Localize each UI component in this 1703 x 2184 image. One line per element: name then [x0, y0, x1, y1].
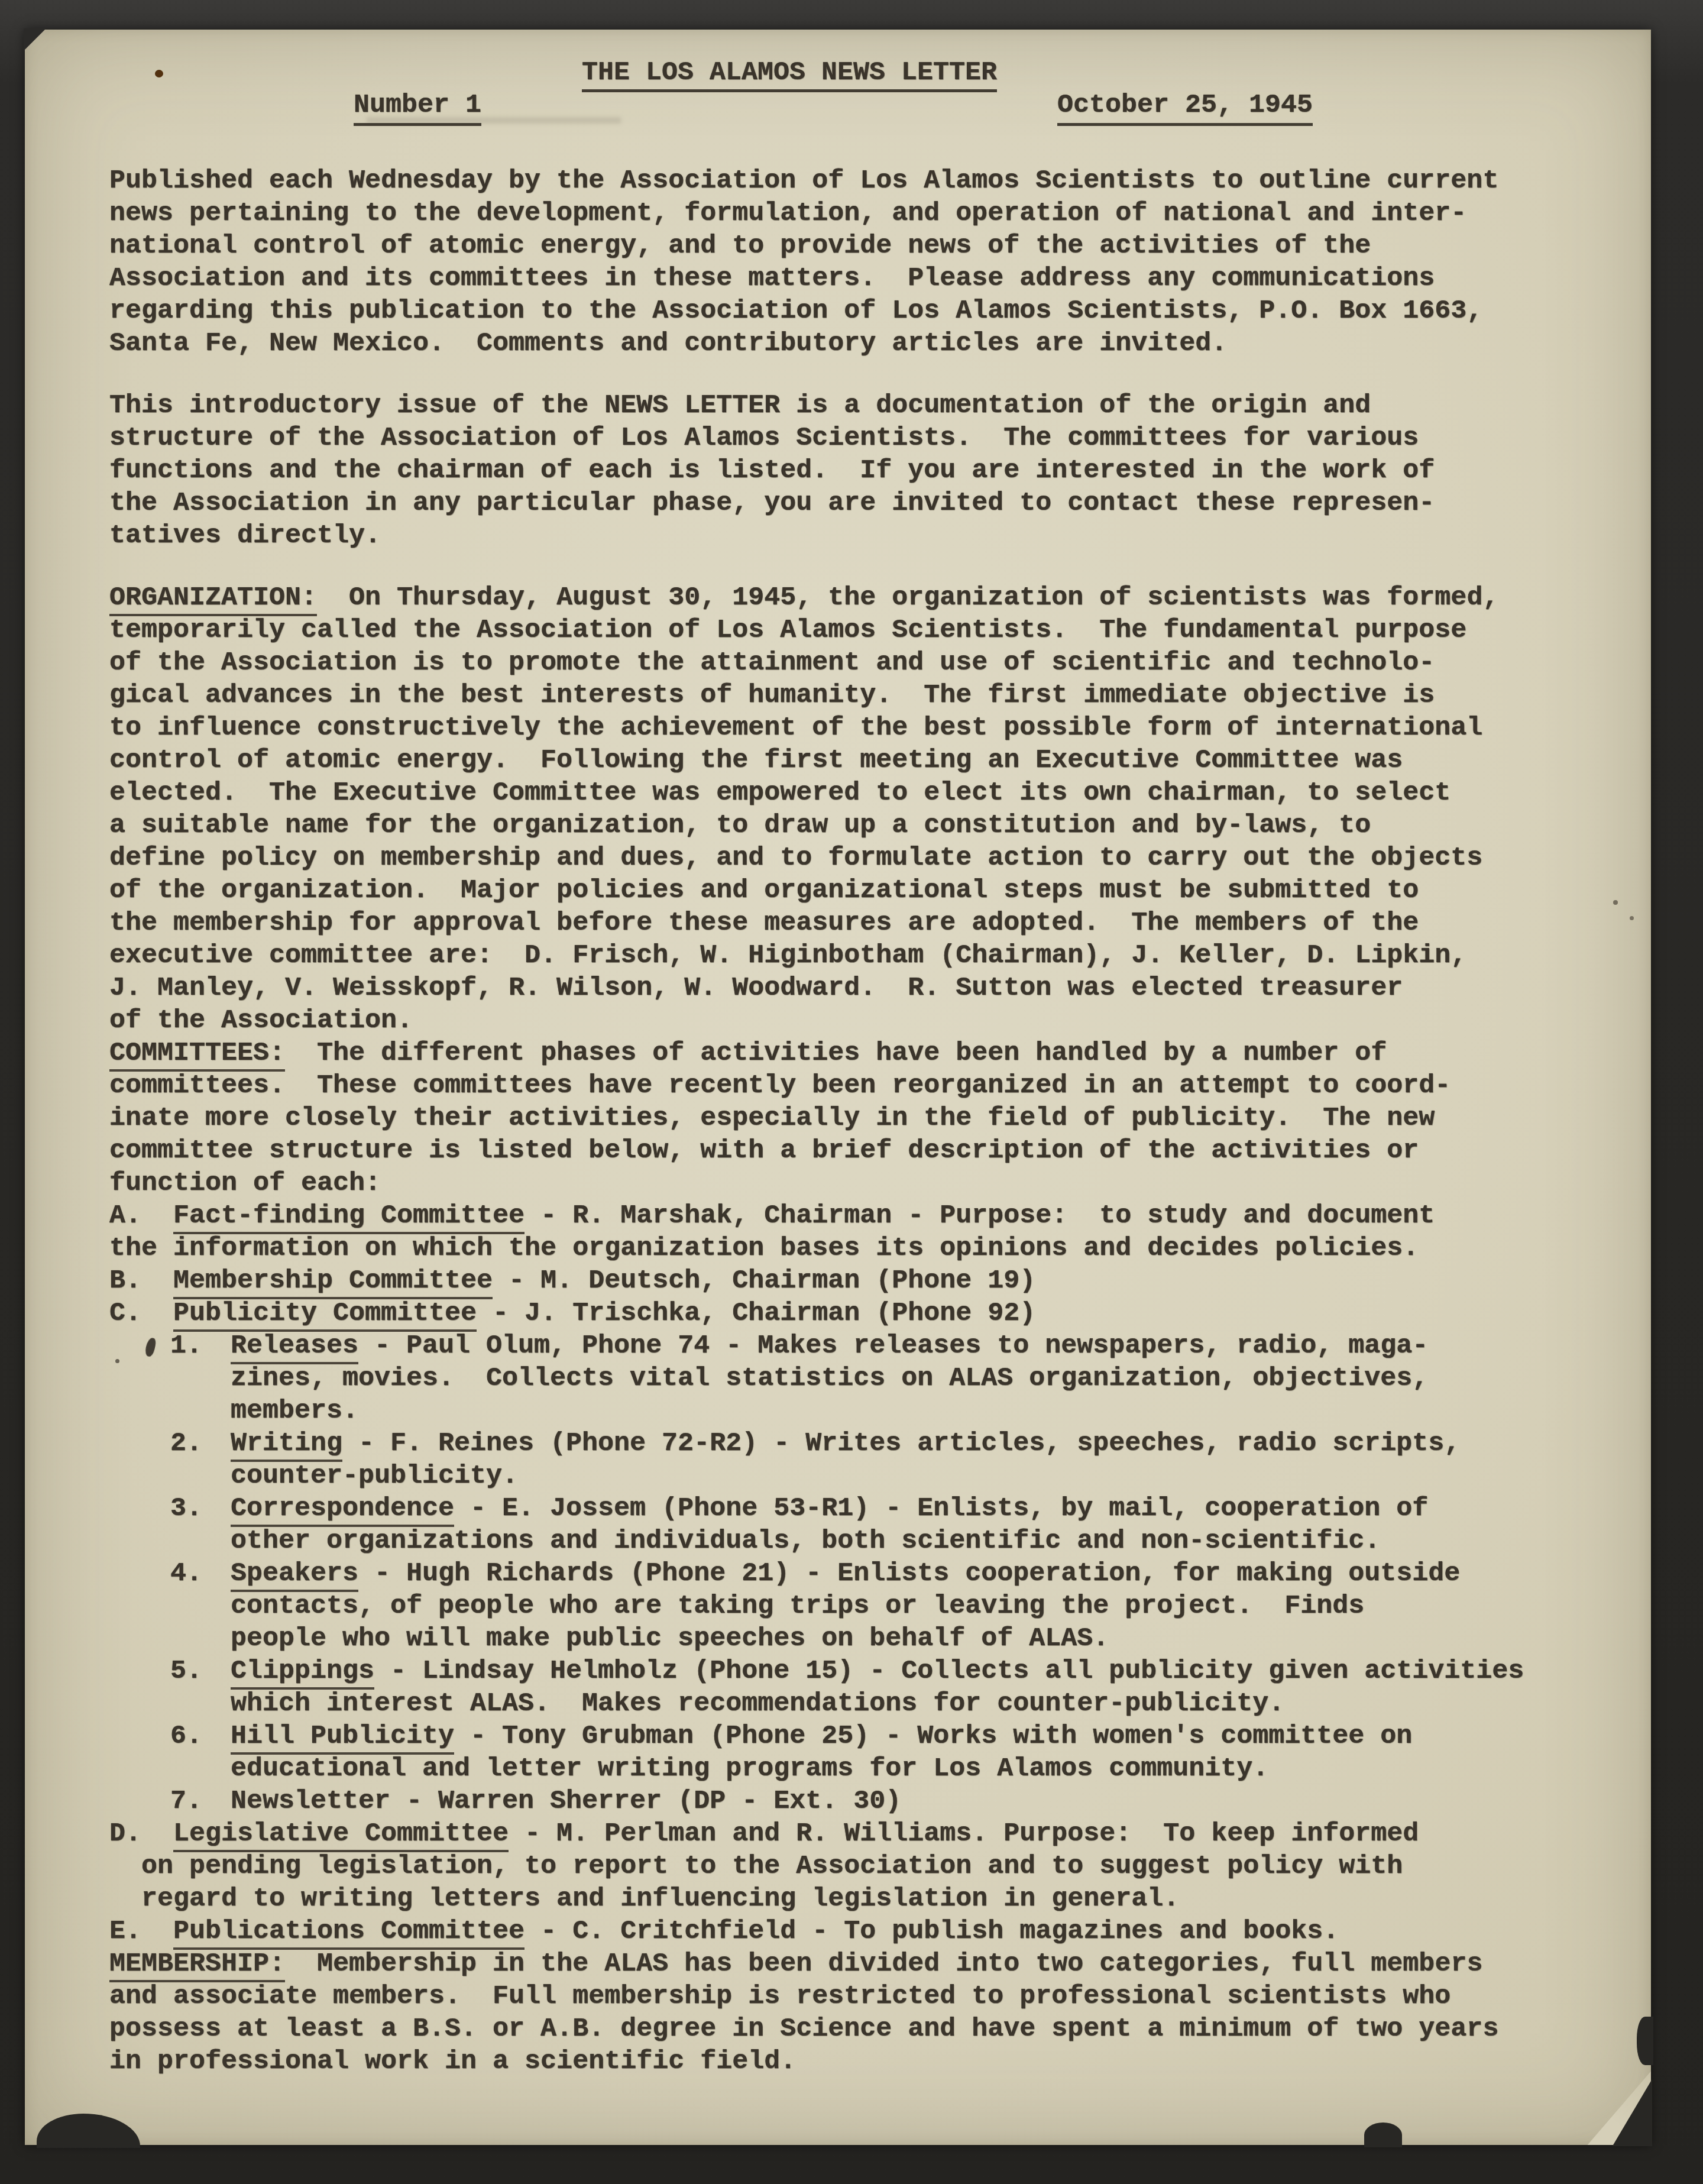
newsletter-title-row: THE LOS ALAMOS NEWS LETTER — [109, 56, 1469, 89]
masthead-paragraph: Published each Wednesday by the Associat… — [109, 164, 1564, 360]
subcommittee-number: 3. — [170, 1492, 202, 1525]
committee-item-e: E.Publications Committee - C. Critchfiel… — [109, 1915, 1564, 1947]
committee-item-d: D.Legislative Committee - M. Perlman and… — [109, 1817, 1564, 1915]
torn-edge-bottom-left — [37, 2114, 140, 2148]
subcommittee-number: 6. — [170, 1720, 202, 1752]
issue-row: Number 1October 25, 1945 — [109, 89, 1469, 126]
torn-edge-bottom — [1364, 2122, 1402, 2147]
committee-description: - C. Critchfield - To publish magazines … — [525, 1916, 1339, 1946]
committees-section-label: COMMITTEES: — [109, 1038, 285, 1072]
subcommittee-description: - F. Reines (Phone 72-R2) - Writes artic… — [231, 1428, 1460, 1491]
committee-letter: D. — [109, 1819, 141, 1849]
committees-section-body: The different phases of activities have … — [109, 1038, 1451, 1198]
subcommittee-item-5: 5.Clippings - Lindsay Helmholz (Phone 15… — [109, 1655, 1564, 1720]
membership-section: MEMBERSHIP: Membership in the ALAS has b… — [109, 1947, 1564, 2078]
membership-section-label: MEMBERSHIP: — [109, 1949, 285, 1982]
subcommittee-description: - Hugh Richards (Phone 21) - Enlists coo… — [231, 1558, 1460, 1654]
subcommittee-name: Hill Publicity — [231, 1721, 454, 1755]
subcommittee-number: 5. — [170, 1655, 202, 1687]
issue-number: Number 1 — [354, 89, 481, 126]
committee-letter: B. — [109, 1266, 141, 1296]
committee-item-b: B.Membership Committee - M. Deutsch, Cha… — [109, 1264, 1564, 1297]
committee-item-c: C.Publicity Committee - J. Trischka, Cha… — [109, 1297, 1564, 1329]
scan-background: { "masthead": { "title": "THE LOS ALAMOS… — [0, 0, 1703, 2184]
committee-name: Publicity Committee — [173, 1298, 477, 1332]
ink-speck — [1630, 916, 1634, 920]
subcommittee-name: Clippings — [231, 1656, 374, 1690]
newsletter-title: THE LOS ALAMOS NEWS LETTER — [582, 57, 997, 92]
organization-section: ORGANIZATION: On Thursday, August 30, 19… — [109, 581, 1564, 1037]
subcommittee-name: Speakers — [231, 1558, 358, 1592]
committee-item-a: A.Fact-finding Committee - R. Marshak, C… — [109, 1199, 1564, 1264]
issue-date: October 25, 1945 — [1057, 89, 1313, 126]
committee-description: - M. Deutsch, Chairman (Phone 19) — [493, 1266, 1035, 1296]
subcommittee-item-3: 3.Correspondence - E. Jossem (Phone 53-R… — [109, 1492, 1564, 1557]
subcommittee-description: Newsletter - Warren Sherrer (DP - Ext. 3… — [231, 1786, 901, 1816]
subcommittee-name: Writing — [231, 1428, 342, 1462]
subcommittee-description: - Paul Olum, Phone 74 - Makes releases t… — [231, 1331, 1428, 1426]
committee-name: Fact-finding Committee — [173, 1201, 525, 1234]
introduction-paragraph: This introductory issue of the NEWS LETT… — [109, 389, 1564, 552]
clipped-corner-top-left — [24, 28, 46, 51]
subcommittee-number: 1. — [170, 1329, 202, 1362]
subcommittee-item-4: 4.Speakers - Hugh Richards (Phone 21) - … — [109, 1557, 1564, 1655]
organization-section-label: ORGANIZATION: — [109, 583, 317, 616]
committee-letter: E. — [109, 1916, 141, 1946]
committee-name: Legislative Committee — [173, 1819, 509, 1852]
organization-section-body: On Thursday, August 30, 1945, the organi… — [109, 583, 1498, 1036]
committee-letter: A. — [109, 1201, 141, 1231]
typewritten-text: THE LOS ALAMOS NEWS LETTER Number 1Octob… — [109, 56, 1564, 2078]
committee-letter: C. — [109, 1298, 141, 1328]
ink-speck — [1613, 900, 1618, 905]
subcommittee-item-7: 7.Newsletter - Warren Sherrer (DP - Ext.… — [109, 1785, 1564, 1817]
subcommittee-number: 4. — [170, 1557, 202, 1590]
subcommittee-number: 7. — [170, 1785, 202, 1817]
committee-name: Publications Committee — [173, 1916, 525, 1950]
subcommittee-item-1: 1.Releases - Paul Olum, Phone 74 - Makes… — [109, 1329, 1564, 1427]
committees-section: COMMITTEES: The different phases of acti… — [109, 1037, 1564, 1199]
committee-name: Membership Committee — [173, 1266, 493, 1299]
torn-edge-right — [1637, 2017, 1653, 2065]
subcommittee-item-6: 6.Hill Publicity - Tony Grubman (Phone 2… — [109, 1720, 1564, 1785]
subcommittee-name: Correspondence — [231, 1493, 454, 1527]
subcommittee-name: Releases — [231, 1331, 358, 1364]
document-page: THE LOS ALAMOS NEWS LETTER Number 1Octob… — [25, 30, 1651, 2145]
subcommittee-number: 2. — [170, 1427, 202, 1460]
subcommittee-description: - Lindsay Helmholz (Phone 15) - Collects… — [231, 1656, 1524, 1719]
membership-section-body: Membership in the ALAS has been divided … — [109, 1949, 1498, 2076]
subcommittee-item-2: 2.Writing - F. Reines (Phone 72-R2) - Wr… — [109, 1427, 1564, 1492]
committee-description: - J. Trischka, Chairman (Phone 92) — [477, 1298, 1035, 1328]
